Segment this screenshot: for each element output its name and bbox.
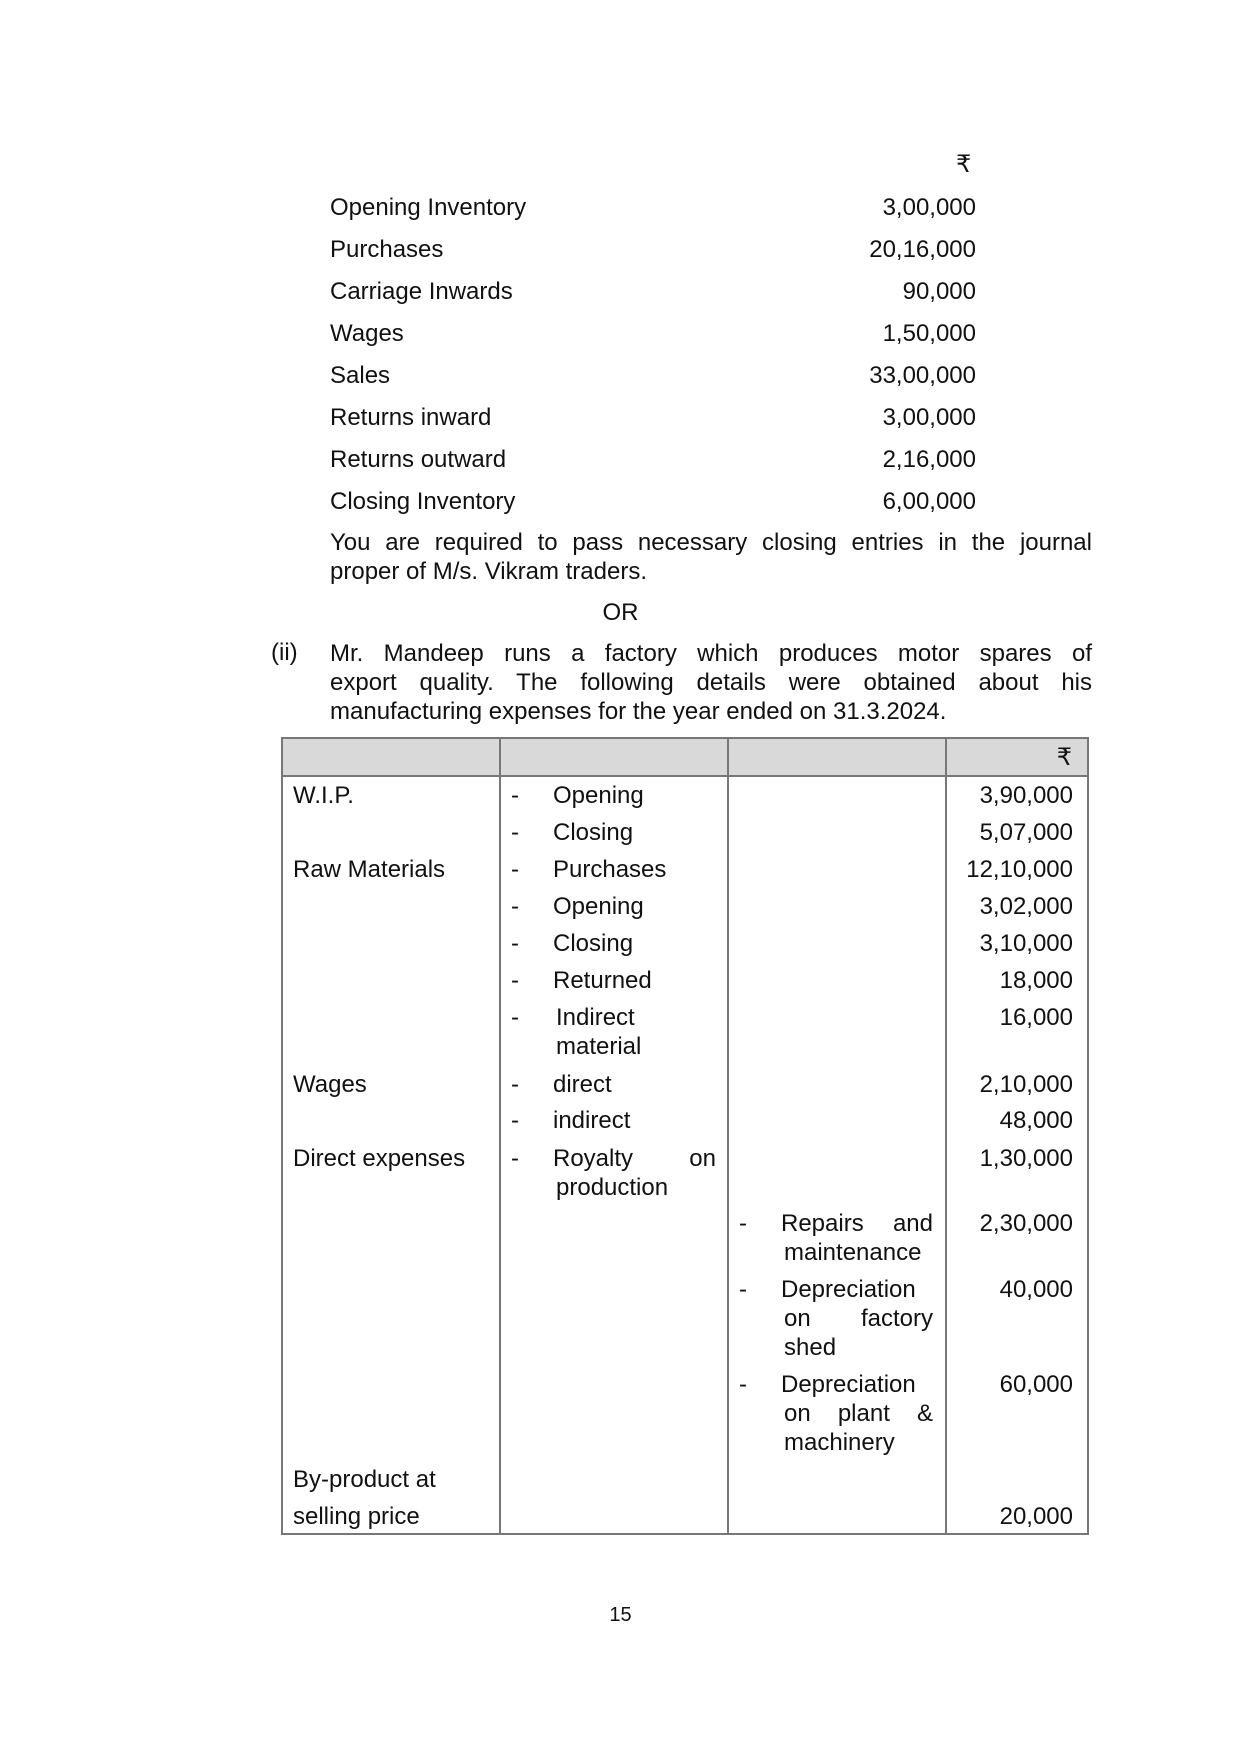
table-currency-header: ₹ (1057, 744, 1072, 772)
table-border (282, 775, 1089, 777)
table-border (282, 737, 1089, 739)
dash-marker: - (511, 1107, 519, 1135)
table-border (1087, 737, 1089, 1535)
row-item: Returned (553, 967, 652, 995)
row-item: Opening (553, 893, 644, 921)
question-paragraph: Mr. Mandeep runs a factory which produce… (330, 639, 1092, 726)
dash-marker: - (511, 1004, 519, 1032)
row-head: By-product at (293, 1466, 436, 1494)
instruction-line: You are required to pass necessary closi… (330, 528, 1092, 557)
dash-marker: - (511, 1071, 519, 1099)
row-item: Closing (553, 930, 633, 958)
row-item: Closing (553, 819, 633, 847)
row-amount: 2,30,000 (980, 1210, 1073, 1238)
row-amount: 16,000 (1000, 1004, 1073, 1032)
row-subitem: shed (784, 1334, 836, 1362)
row-amount: 12,10,000 (966, 856, 1073, 884)
trial-item-amount: 33,00,000 (869, 362, 976, 390)
instruction-line: proper of M/s. Vikram traders. (330, 557, 1092, 586)
row-subitem: Depreciation (781, 1371, 916, 1399)
table-border (499, 737, 501, 1535)
row-amount: 18,000 (1000, 967, 1073, 995)
row-subitem: on plant & (784, 1400, 933, 1428)
question-line: export quality. The following details we… (330, 668, 1092, 697)
row-amount: 3,02,000 (980, 893, 1073, 921)
row-head: Wages (293, 1071, 367, 1099)
dash-marker: - (511, 1145, 519, 1173)
row-item: Indirect (556, 1004, 635, 1032)
row-amount: 60,000 (1000, 1371, 1073, 1399)
row-amount: 3,90,000 (980, 782, 1073, 810)
instruction-paragraph: You are required to pass necessary closi… (330, 528, 1092, 586)
trial-item-label: Sales (330, 362, 390, 390)
row-amount: 5,07,000 (980, 819, 1073, 847)
trial-item-label: Wages (330, 320, 404, 348)
table-border (727, 737, 729, 1535)
row-item: production (556, 1174, 668, 1202)
table-border (945, 737, 947, 1535)
table-header-row (282, 738, 1088, 776)
dash-marker: - (739, 1276, 747, 1304)
row-head: Raw Materials (293, 856, 445, 884)
row-subitem: Depreciation (781, 1276, 916, 1304)
question-line: Mr. Mandeep runs a factory which produce… (330, 639, 1092, 668)
trial-item-amount: 20,16,000 (869, 236, 976, 264)
row-subitem: maintenance (784, 1239, 921, 1267)
row-subitem: Repairs and (781, 1210, 933, 1238)
or-separator: OR (0, 599, 1241, 627)
row-subitem: machinery (784, 1429, 895, 1457)
row-item: Royalty on (553, 1145, 716, 1173)
dash-marker: - (511, 967, 519, 995)
row-subitem: on factory (784, 1305, 933, 1333)
page-number: 15 (0, 1604, 1241, 1627)
question-number: (ii) (271, 639, 298, 667)
dash-marker: - (511, 782, 519, 810)
trial-item-label: Purchases (330, 236, 443, 264)
row-amount: 2,10,000 (980, 1071, 1073, 1099)
dash-marker: - (511, 930, 519, 958)
row-amount: 48,000 (1000, 1107, 1073, 1135)
dash-marker: - (511, 819, 519, 847)
currency-header: ₹ (956, 151, 971, 179)
row-head: W.I.P. (293, 782, 354, 810)
row-head: selling price (293, 1503, 420, 1531)
trial-item-label: Returns outward (330, 446, 506, 474)
row-item: direct (553, 1071, 612, 1099)
trial-item-label: Returns inward (330, 404, 491, 432)
row-amount: 3,10,000 (980, 930, 1073, 958)
question-line: manufacturing expenses for the year ende… (330, 697, 1092, 726)
row-item: Purchases (553, 856, 666, 884)
trial-item-amount: 1,50,000 (883, 320, 976, 348)
row-amount: 20,000 (1000, 1503, 1073, 1531)
dash-marker: - (739, 1210, 747, 1238)
dash-marker: - (511, 893, 519, 921)
trial-item-amount: 6,00,000 (883, 488, 976, 516)
dash-marker: - (511, 856, 519, 884)
row-amount: 1,30,000 (980, 1145, 1073, 1173)
trial-item-label: Opening Inventory (330, 194, 526, 222)
table-border (281, 737, 283, 1535)
dash-marker: - (739, 1371, 747, 1399)
trial-item-amount: 2,16,000 (883, 446, 976, 474)
trial-item-label: Carriage Inwards (330, 278, 513, 306)
row-item: Opening (553, 782, 644, 810)
trial-item-amount: 90,000 (903, 278, 976, 306)
trial-item-amount: 3,00,000 (883, 194, 976, 222)
trial-item-label: Closing Inventory (330, 488, 515, 516)
row-item: material (556, 1033, 641, 1061)
trial-item-amount: 3,00,000 (883, 404, 976, 432)
table-border (282, 1533, 1089, 1535)
row-head: Direct expenses (293, 1145, 465, 1173)
row-item: indirect (553, 1107, 630, 1135)
row-amount: 40,000 (1000, 1276, 1073, 1304)
